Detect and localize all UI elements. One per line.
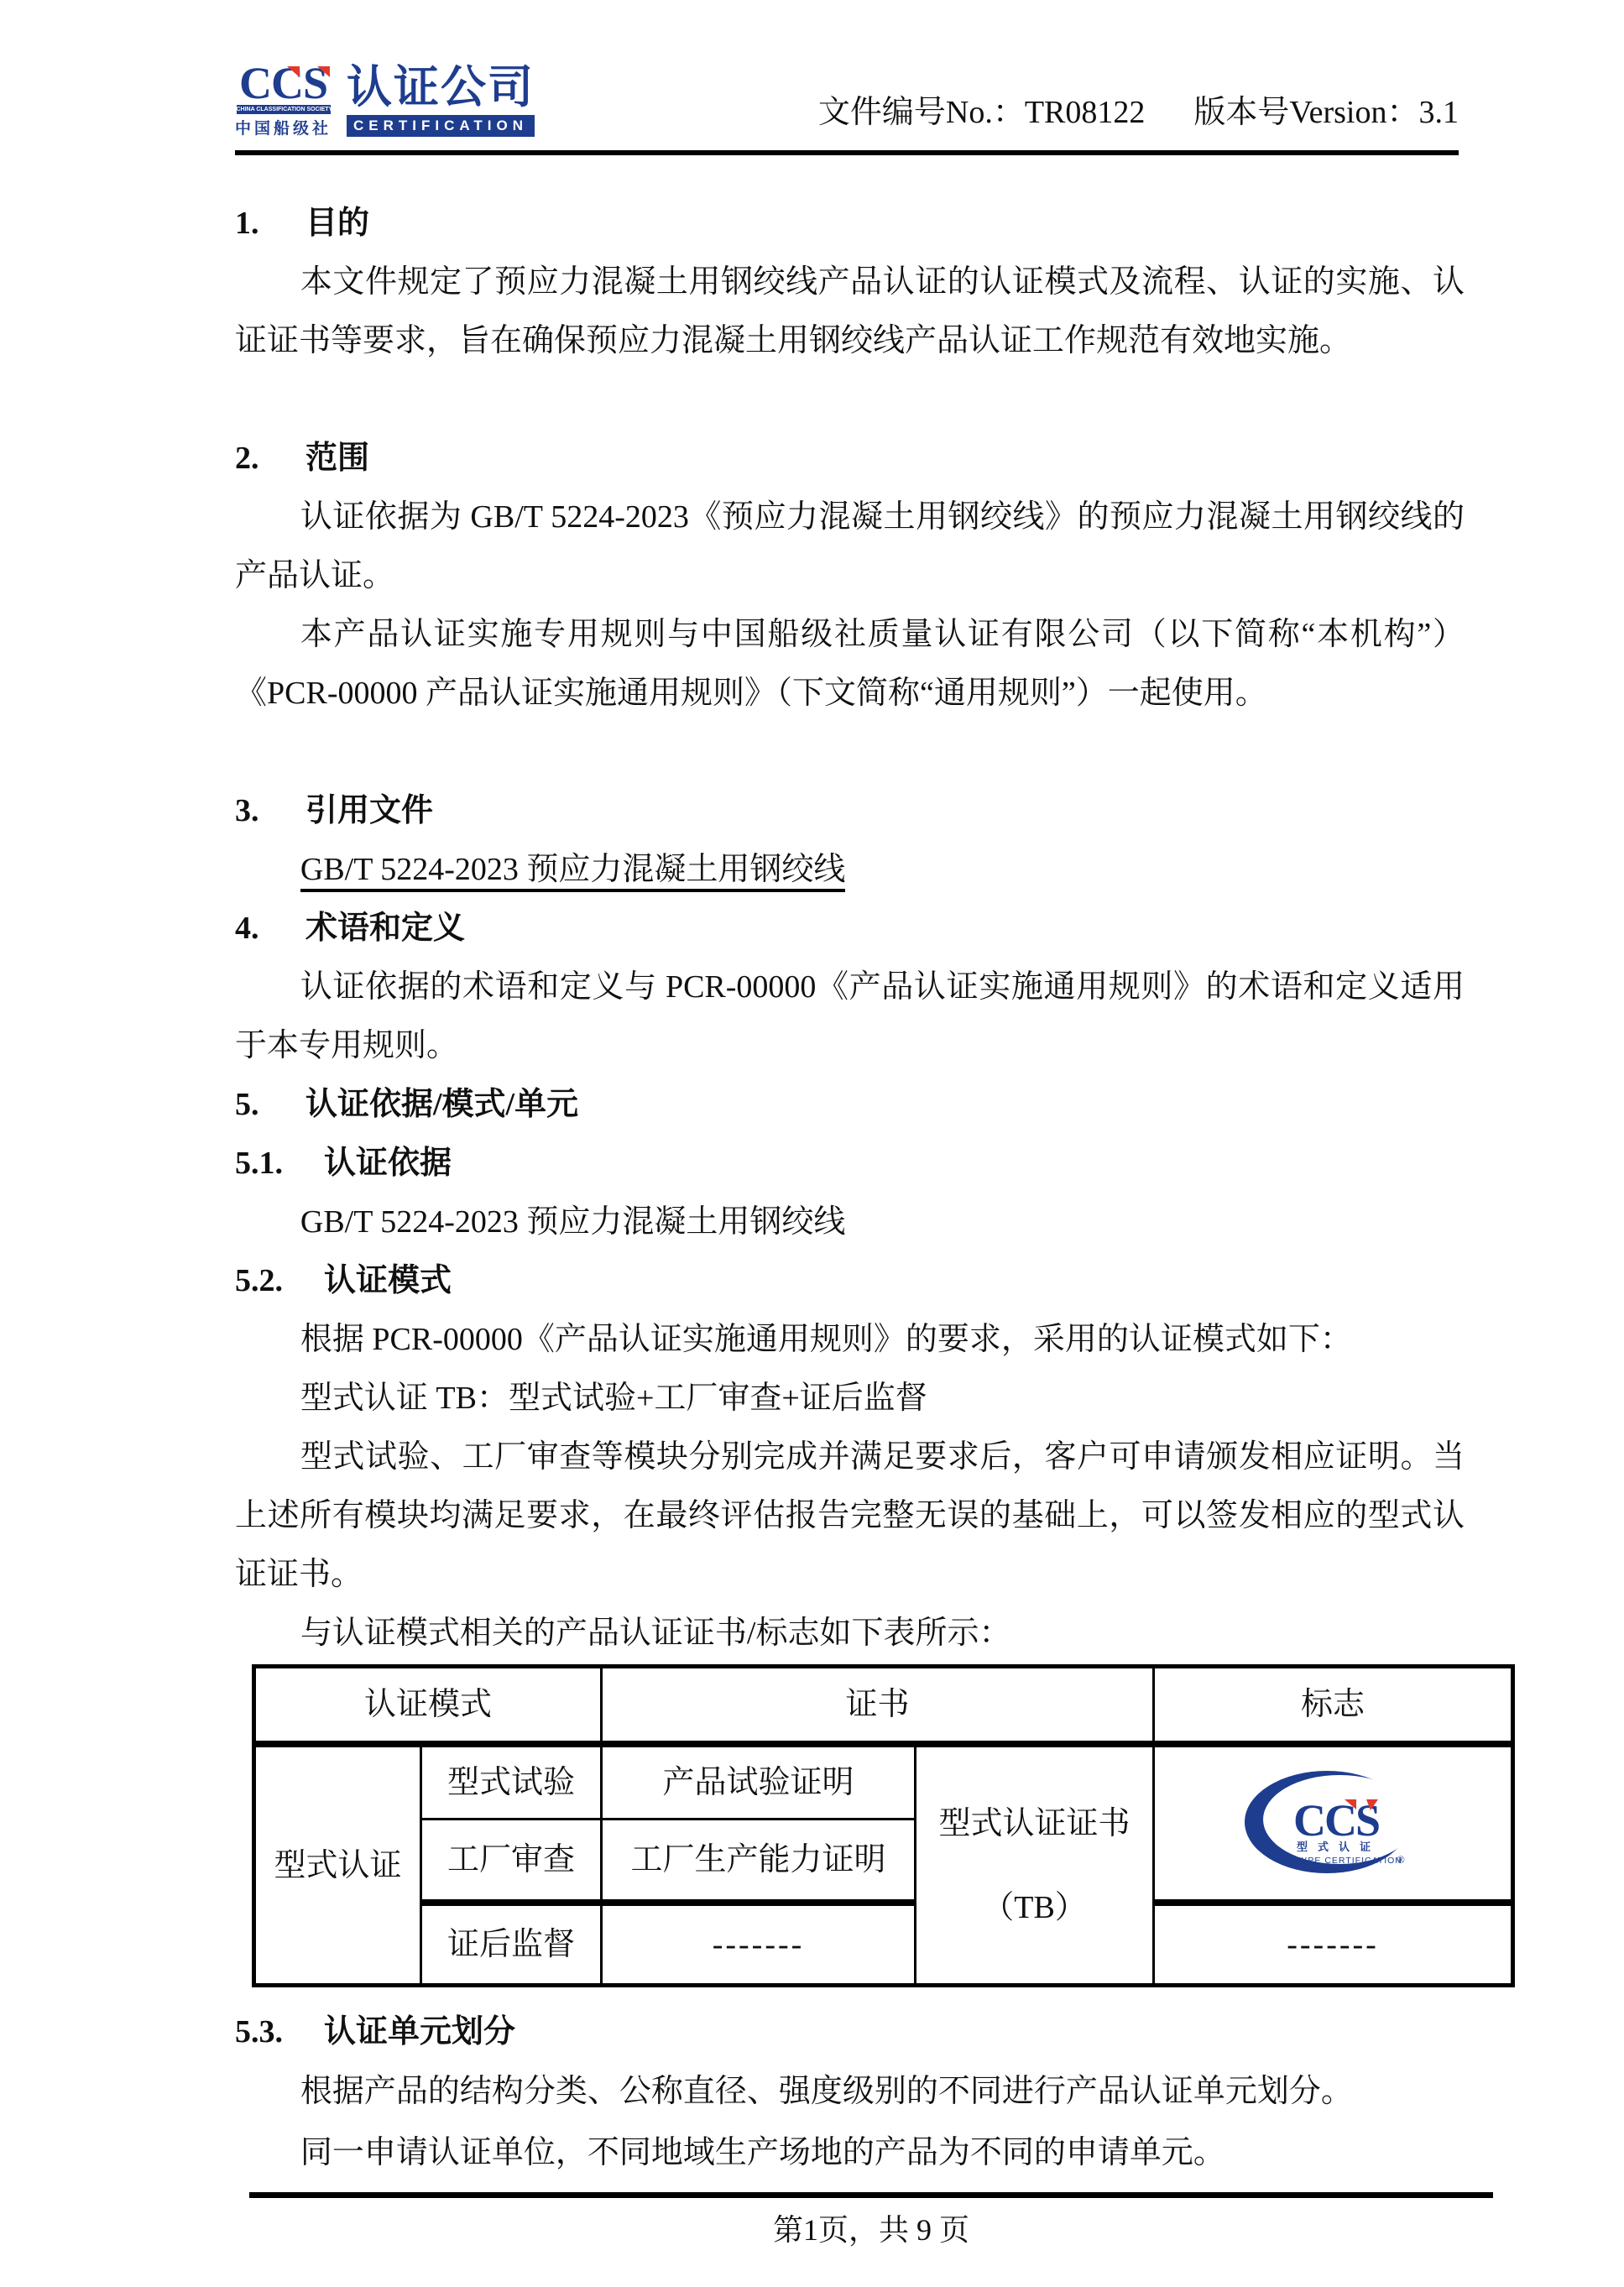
page-header: CCS CHINA CLASSIFICATION SOCIETY 中国船级社 认… [235, 64, 1459, 155]
section-2-title: 范围 [305, 441, 369, 476]
table-header-certificate: 证书 [602, 1667, 1154, 1745]
referenced-standard: GB/T 5224-2023 预应力混凝土用钢绞线 [300, 852, 846, 892]
section-5-3-paragraph-1: 根据产品的结构分类、公称直径、强度级别的不同进行产品认证单元划分。 [235, 2061, 1465, 2123]
document-body: 1.目的 本文件规定了预应力混凝土用钢绞线产品认证的认证模式及流程、认证的实施、… [235, 194, 1465, 2184]
section-1-heading: 1.目的 [235, 194, 1465, 253]
section-3-heading: 3.引用文件 [235, 781, 1465, 840]
cell-cert-factory-capability: 工厂生产能力证明 [602, 1820, 916, 1903]
table-header-mark: 标志 [1154, 1667, 1513, 1745]
section-5-2-number: 5.2. [235, 1251, 324, 1310]
section-5-number: 5. [235, 1075, 305, 1134]
table-header-row: 认证模式 证书 标志 [254, 1667, 1513, 1745]
table-header-mode: 认证模式 [254, 1667, 602, 1745]
section-2-heading: 2.范围 [235, 429, 1465, 488]
section-4-heading: 4.术语和定义 [235, 899, 1465, 958]
type-cert-label-cn: 型式认证 [1297, 1841, 1381, 1853]
section-4-title: 术语和定义 [305, 911, 465, 946]
section-3-title: 引用文件 [305, 793, 433, 828]
document-number: 文件编号No.：TR08122 [818, 86, 1146, 132]
section-4-number: 4. [235, 899, 305, 958]
registered-trademark-icon: ® [1397, 1853, 1405, 1866]
cell-cert-product-test: 产品试验证明 [602, 1744, 916, 1820]
company-name-en: CERTIFICATION [347, 115, 535, 137]
section-2-paragraph-1: 认证依据为 GB/T 5224-2023《预应力混凝土用钢绞线》的预应力混凝土用… [235, 488, 1465, 605]
document-page: CCS CHINA CLASSIFICATION SOCIETY 中国船级社 认… [0, 0, 1624, 2287]
type-cert-certificate-name: 型式认证证书 [916, 1794, 1152, 1853]
cell-module-factory-audit: 工厂审查 [421, 1820, 602, 1903]
section-5-2-paragraph-2: 型式认证 TB：型式试验+工厂审查+证后监督 [235, 1369, 1465, 1428]
section-1-title: 目的 [305, 206, 369, 241]
section-5-2-heading: 5.2.认证模式 [235, 1251, 1465, 1310]
section-2-number: 2. [235, 429, 305, 488]
page-number: 第1页，共 9 页 [249, 2206, 1493, 2249]
type-cert-certificate-code: （TB） [916, 1878, 1152, 1937]
cell-module-type-test: 型式试验 [421, 1744, 602, 1820]
section-1-number: 1. [235, 194, 305, 253]
ccs-mark: CCS CHINA CLASSIFICATION SOCIETY 中国船级社 [235, 64, 332, 138]
section-1-paragraph: 本文件规定了预应力混凝土用钢绞线产品认证的认证模式及流程、认证的实施、认证证书等… [235, 253, 1465, 370]
section-5-1-heading: 5.1.认证依据 [235, 1134, 1465, 1193]
cell-type-cert-mark: CCS 型式认证 TYPE CERTIFICATION ® [1154, 1744, 1513, 1903]
certification-mode-table: 认证模式 证书 标志 型式认证 型式试验 产品试验证明 型式认证证书 （TB） [252, 1664, 1515, 1987]
section-5-title: 认证依据/模式/单元 [305, 1087, 578, 1122]
document-version: 版本号Version：3.1 [1193, 86, 1459, 132]
ccs-letters: CCS [239, 58, 327, 108]
section-5-3-heading: 5.3.认证单元划分 [235, 2002, 1465, 2061]
section-3-number: 3. [235, 781, 305, 840]
section-5-1-title: 认证依据 [324, 1146, 452, 1181]
section-4-paragraph: 认证依据的术语和定义与 PCR-00000《产品认证实施通用规则》的术语和定义适… [235, 958, 1465, 1075]
section-5-2-paragraph-1: 根据 PCR-00000《产品认证实施通用规则》的要求，采用的认证模式如下： [235, 1310, 1465, 1369]
table-row: 证后监督 ------- ------- [254, 1903, 1513, 1986]
section-5-3-title: 认证单元划分 [324, 2014, 515, 2049]
footer-divider [249, 2192, 1493, 2198]
section-5-3-number: 5.3. [235, 2002, 324, 2061]
type-certification-logo-icon: CCS 型式认证 TYPE CERTIFICATION ® [1243, 1768, 1423, 1879]
section-5-2-paragraph-3: 型式试验、工厂审查等模块分别完成并满足要求后，客户可申请颁发相应证明。当上述所有… [235, 1428, 1465, 1604]
certification-company-mark: 认证公司 CERTIFICATION [347, 64, 535, 137]
section-5-1-paragraph: GB/T 5224-2023 预应力混凝土用钢绞线 [235, 1193, 1465, 1251]
company-name-cn: 认证公司 [347, 64, 535, 111]
section-5-2-paragraph-4: 与认证模式相关的产品认证证书/标志如下表所示： [235, 1604, 1465, 1663]
cell-type-cert-certificate: 型式认证证书 （TB） [916, 1744, 1154, 1986]
cell-mark-placeholder: ------- [1154, 1903, 1513, 1986]
table-row: 型式认证 型式试验 产品试验证明 型式认证证书 （TB） CCS [254, 1744, 1513, 1820]
section-5-2-title: 认证模式 [324, 1263, 452, 1298]
section-3-reference: GB/T 5224-2023 预应力混凝土用钢绞线 [235, 840, 1465, 899]
type-cert-ccs-letters: CCS [1293, 1795, 1379, 1846]
section-5-heading: 5.认证依据/模式/单元 [235, 1075, 1465, 1134]
ccs-company-logo: CCS CHINA CLASSIFICATION SOCIETY 中国船级社 认… [235, 64, 535, 138]
ccs-logotype: CCS [239, 64, 327, 102]
cell-cert-placeholder: ------- [602, 1903, 916, 1986]
cell-module-post-cert-surveillance: 证后监督 [421, 1903, 602, 1986]
type-cert-label-en: TYPE CERTIFICATION [1295, 1856, 1402, 1866]
section-5-1-number: 5.1. [235, 1134, 324, 1193]
society-name-cn: 中国船级社 [235, 116, 332, 138]
document-meta: 文件编号No.：TR08122 版本号Version：3.1 [818, 86, 1459, 132]
cell-mode-group: 型式认证 [254, 1744, 421, 1986]
section-2-paragraph-2: 本产品认证实施专用规则与中国船级社质量认证有限公司（以下简称“本机构”）《PCR… [235, 605, 1465, 723]
section-5-3-paragraph-2: 同一申请认证单位，不同地域生产场地的产品为不同的申请单元。 [235, 2123, 1465, 2184]
